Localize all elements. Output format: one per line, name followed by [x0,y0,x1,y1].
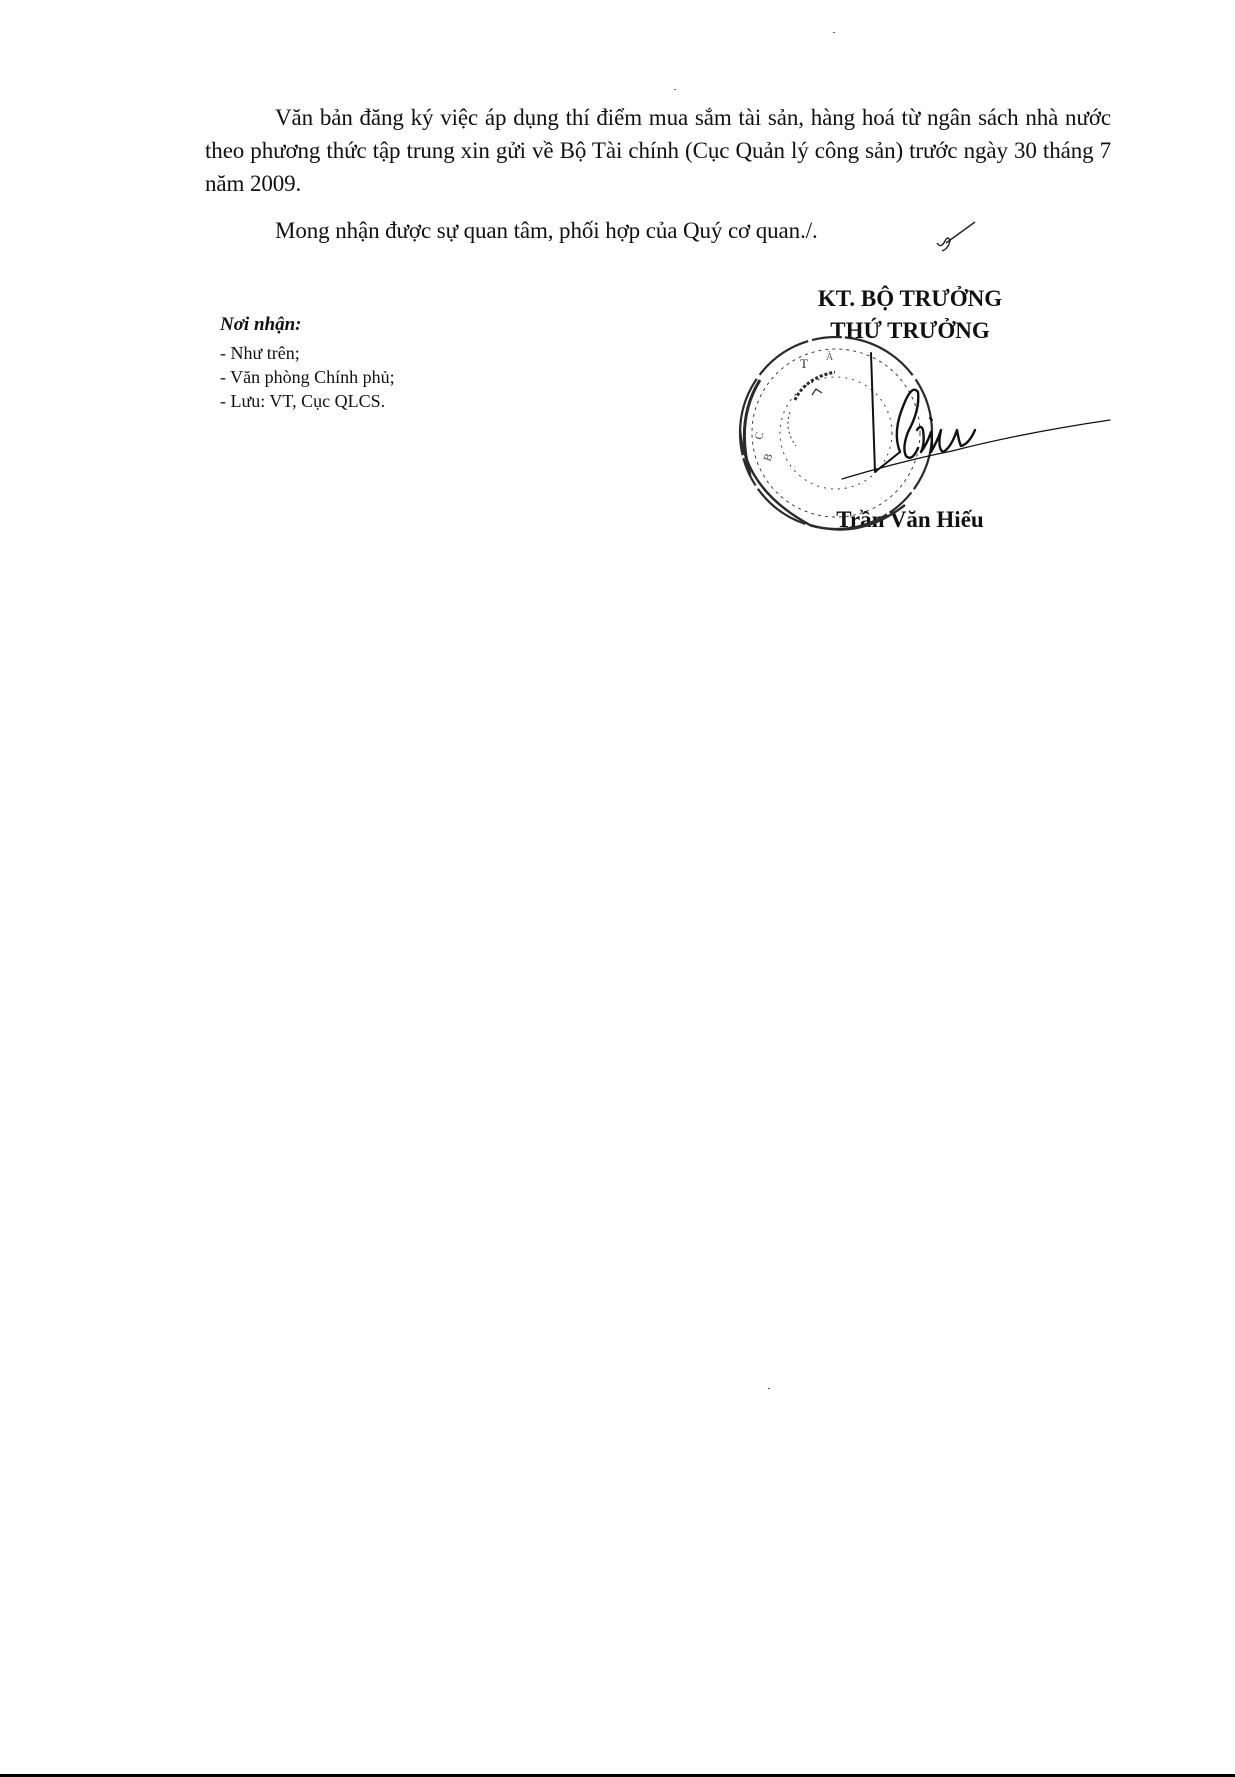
recipient-item: - Lưu: VT, Cục QLCS. [220,389,395,413]
stamp-and-signature-overlay: T À C B [0,0,1235,1777]
svg-text:B: B [762,452,776,463]
scan-speck [768,1388,770,1389]
body-paragraph-submission-deadline: Văn bản đăng ký việc áp dụng thí điểm mu… [205,101,1111,200]
recipients-block: Nơi nhận: - Như trên; - Văn phòng Chính … [220,313,395,413]
recipients-title: Nơi nhận: [220,313,395,337]
recipient-item: - Như trên; [220,341,395,365]
scan-speck [833,32,835,33]
svg-text:T: T [800,356,808,371]
signature-title-block: KT. BỘ TRƯỞNG THỨ TRƯỞNG [760,283,1060,347]
scan-speck [674,89,676,90]
svg-text:C: C [753,431,766,440]
signer-name: Trần Văn Hiếu [760,507,1060,533]
recipient-item: - Văn phòng Chính phủ; [220,365,395,389]
official-seal-icon: T À C B [740,337,932,530]
signature-authority-line: KT. BỘ TRƯỞNG [760,283,1060,315]
signature-position-line: THỨ TRƯỞNG [760,315,1060,347]
handwritten-signature-icon [842,353,1110,479]
body-paragraph-closing: Mong nhận được sự quan tâm, phối hợp của… [205,214,1111,247]
document-page: Văn bản đăng ký việc áp dụng thí điểm mu… [0,0,1235,1777]
svg-text:À: À [826,351,834,363]
